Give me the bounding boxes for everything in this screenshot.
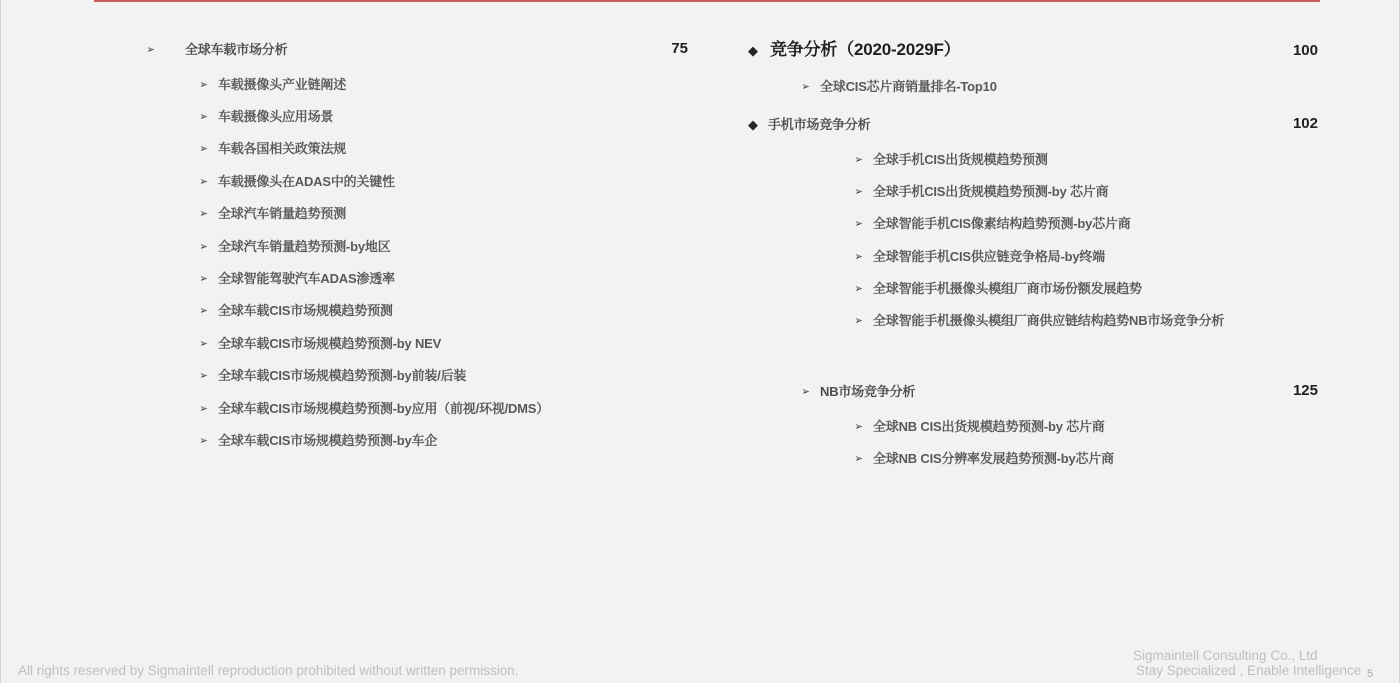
company-name: Sigmaintell Consulting Co., Ltd	[1133, 648, 1318, 663]
arrow-bullet-icon: ➢	[199, 172, 207, 192]
arrow-bullet-icon: ➢	[199, 107, 207, 127]
arrow-bullet-icon: ➢	[854, 449, 862, 469]
toc-item-label: 车载摄像头在ADAS中的关键性	[218, 172, 395, 192]
toc-item-label: 车载各国相关政策法规	[218, 139, 346, 159]
toc-item-label: 全球车载CIS市场规模趋势预测-by应用（前视/环视/DMS）	[218, 399, 549, 419]
arrow-bullet-icon: ➢	[199, 399, 207, 419]
toc-page-number: 75	[628, 39, 688, 59]
toc-item-label: 全球车载CIS市场规模趋势预测-by车企	[218, 431, 437, 451]
arrow-bullet-icon: ➢	[854, 417, 862, 437]
toc-item-label: 全球智能手机摄像头模组厂商供应链结构趋势NB市场竞争分析	[873, 311, 1224, 331]
toc-item-label: 全球NB CIS分辨率发展趋势预测-by芯片商	[873, 449, 1114, 469]
toc-item-label: 全球手机CIS出货规模趋势预测-by 芯片商	[873, 182, 1108, 202]
toc-section-label: 全球车载市场分析	[185, 40, 287, 60]
toc-item-label: 全球智能手机CIS像素结构趋势预测-by芯片商	[873, 214, 1131, 234]
arrow-bullet-icon: ➢	[854, 150, 862, 170]
toc-item-label: 全球车载CIS市场规模趋势预测	[218, 301, 393, 321]
toc-page-number: 102	[1258, 114, 1318, 134]
toc-section-label: NB市场竞争分析	[820, 382, 915, 402]
toc-item-label: 全球汽车销量趋势预测	[218, 204, 346, 224]
arrow-bullet-icon: ➢	[854, 311, 862, 331]
toc-page-number: 125	[1258, 381, 1318, 401]
arrow-bullet-icon: ➢	[199, 204, 207, 224]
arrow-bullet-icon: ➢	[854, 182, 862, 202]
copyright-notice: All rights reserved by Sigmaintell repro…	[18, 663, 518, 678]
toc-item-label: 车载摄像头产业链阐述	[218, 75, 346, 95]
arrow-bullet-icon: ➢	[801, 77, 809, 97]
arrow-bullet-icon: ➢	[854, 247, 862, 267]
arrow-bullet-icon: ➢	[199, 237, 207, 257]
arrow-bullet-icon: ➢	[199, 139, 207, 159]
toc-item-label: 全球汽车销量趋势预测-by地区	[218, 237, 391, 257]
toc-item-label: 全球智能手机CIS供应链竞争格局-by终端	[873, 247, 1105, 267]
slide-page-number: 5	[1367, 668, 1373, 680]
company-slogan: Stay Specialized , Enable Intelligence	[1136, 663, 1361, 678]
arrow-bullet-icon: ➢	[199, 75, 207, 95]
arrow-bullet-icon: ➢	[801, 382, 809, 402]
diamond-bullet-icon: ◆	[748, 115, 758, 135]
toc-item-label: 全球车载CIS市场规模趋势预测-by前装/后装	[218, 366, 466, 386]
toc-section-label: 手机市场竞争分析	[768, 115, 870, 135]
arrow-bullet-icon: ➢	[199, 366, 207, 386]
toc-item-label: 全球智能驾驶汽车ADAS渗透率	[218, 269, 395, 289]
toc-item-label: 全球NB CIS出货规模趋势预测-by 芯片商	[873, 417, 1105, 437]
arrow-bullet-icon: ➢	[199, 431, 207, 451]
toc-chapter-label: 竞争分析（2020-2029F）	[770, 40, 960, 60]
arrow-bullet-icon: ➢	[854, 214, 862, 234]
toc-item-label: 全球CIS芯片商销量排名-Top10	[820, 77, 997, 97]
arrow-bullet-icon: ➢	[199, 334, 207, 354]
toc-item-label: 车载摄像头应用场景	[218, 107, 333, 127]
toc-page-number: 100	[1258, 41, 1318, 61]
arrow-bullet-icon: ➢	[199, 301, 207, 321]
arrow-bullet-icon: ➢	[199, 269, 207, 289]
arrow-bullet-icon: ➢	[146, 40, 154, 60]
arrow-bullet-icon: ➢	[854, 279, 862, 299]
toc-item-label: 全球车载CIS市场规模趋势预测-by NEV	[218, 334, 441, 354]
diamond-bullet-icon: ◆	[748, 41, 758, 61]
slide-border-left	[0, 0, 1, 683]
header-accent-rule	[94, 0, 1320, 2]
toc-item-label: 全球智能手机摄像头模组厂商市场份额发展趋势	[873, 279, 1142, 299]
toc-item-label: 全球手机CIS出货规模趋势预测	[873, 150, 1048, 170]
